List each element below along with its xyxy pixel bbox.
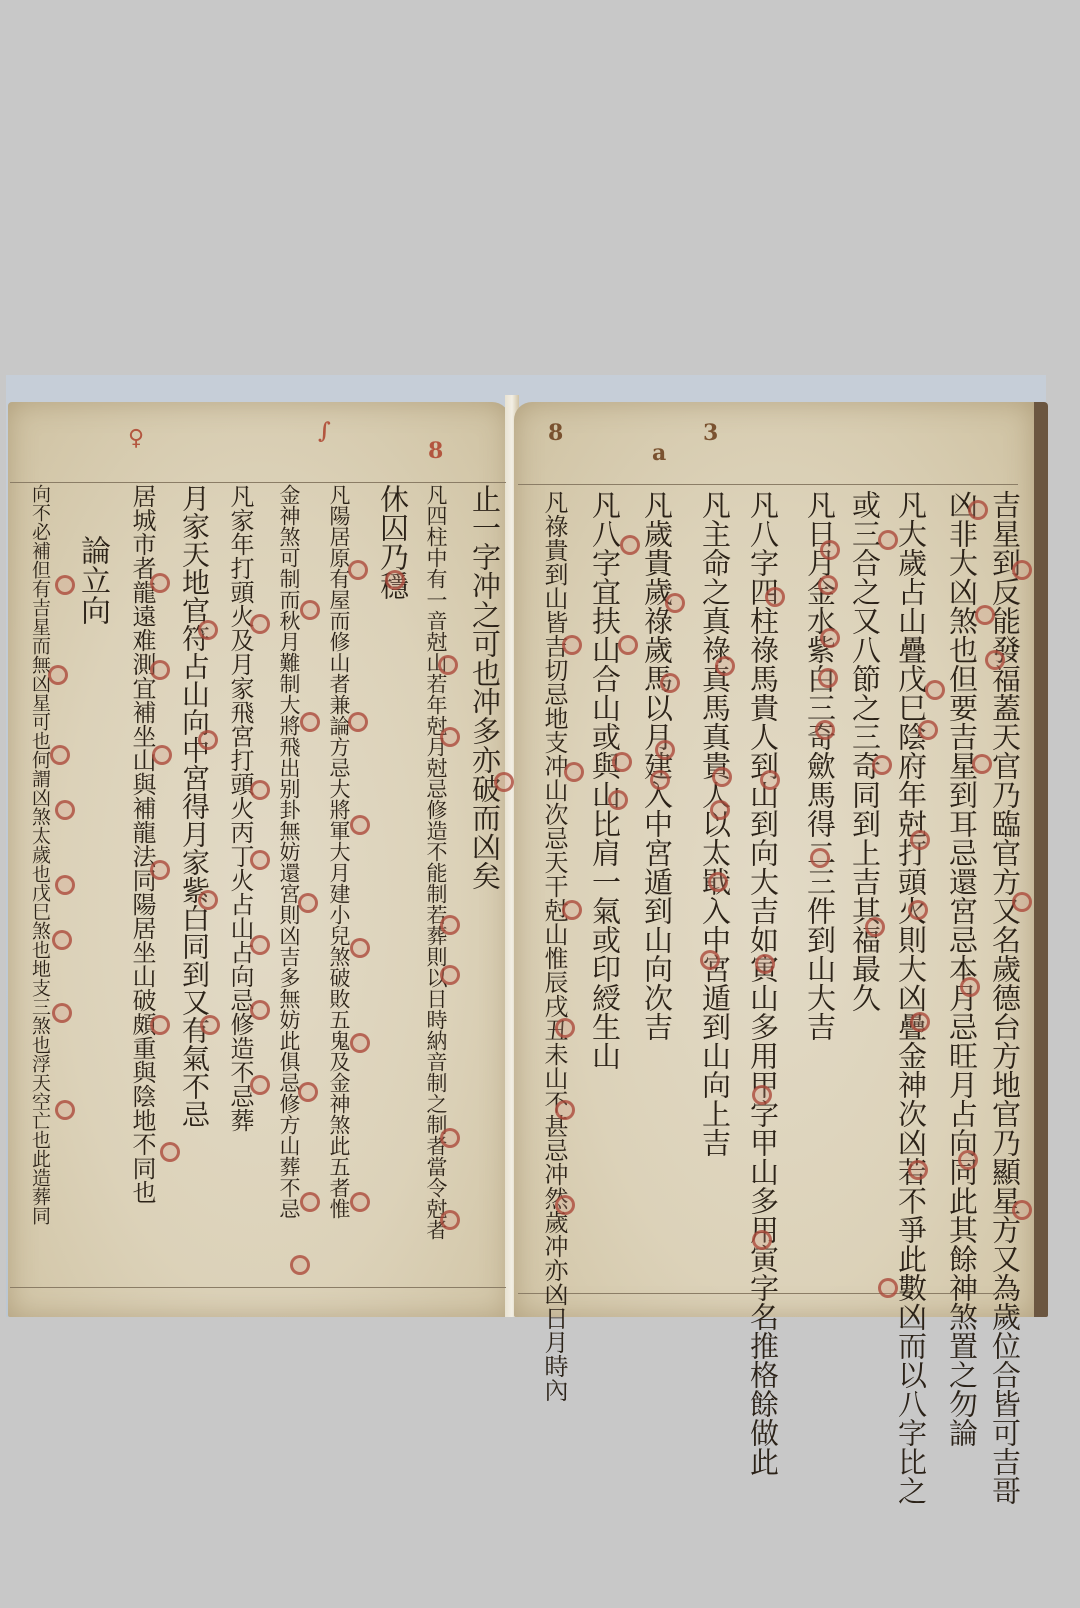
punctuation-circle (712, 767, 732, 787)
punctuation-circle (820, 540, 840, 560)
text-column: 凶非大凶煞也但要吉星到耳忌還宮忌本月忌旺月占向同此其餘神煞置之勿論 (947, 490, 976, 1447)
punctuation-circle (715, 656, 735, 676)
text-column: 居城市者龍遠难測宜補坐山與補龍法同陽居坐山破頗重與陰地不同也 (130, 484, 154, 1204)
punctuation-circle (700, 950, 720, 970)
text-column: 凡八字四柱祿馬貴人到山到向大吉如寅山多用甲字甲山多用寅字名推格餘做此 (748, 490, 777, 1476)
punctuation-circle (150, 1015, 170, 1035)
punctuation-circle (55, 875, 75, 895)
punctuation-circle (440, 727, 460, 747)
punctuation-circle (250, 614, 270, 634)
punctuation-circle (765, 587, 785, 607)
punctuation-circle (198, 730, 218, 750)
punctuation-circle (564, 762, 584, 782)
text-column: 凡日月金水紫白三奇歛馬得二三件到山大吉 (805, 490, 834, 1041)
punctuation-circle (872, 755, 892, 775)
punctuation-circle (878, 1278, 898, 1298)
punctuation-circle (250, 1000, 270, 1020)
punctuation-circle (350, 1192, 370, 1212)
punctuation-circle (908, 1160, 928, 1180)
punctuation-circle (150, 860, 170, 880)
punctuation-circle (660, 673, 680, 693)
punctuation-circle (562, 900, 582, 920)
punctuation-circle (752, 1085, 772, 1105)
punctuation-circle (55, 575, 75, 595)
punctuation-circle (908, 900, 928, 920)
punctuation-circle (555, 1018, 575, 1038)
margin-mark: 8 (428, 438, 443, 464)
right-top-rule (518, 484, 1018, 485)
punctuation-circle (48, 665, 68, 685)
punctuation-circle (348, 560, 368, 580)
punctuation-circle (612, 752, 632, 772)
punctuation-circle (910, 1012, 930, 1032)
text-column: 向不必補但有吉星而無凶星可也何謂凶煞太歲也戊巳煞也地支三煞也浮天空亡也此造葬同 (30, 484, 49, 1225)
punctuation-circle (348, 712, 368, 732)
punctuation-circle (985, 650, 1005, 670)
margin-mark: a (652, 440, 666, 466)
punctuation-circle (440, 965, 460, 985)
punctuation-circle (300, 712, 320, 732)
punctuation-circle (200, 1015, 220, 1035)
margin-mark: ♀ (128, 425, 144, 451)
punctuation-circle (55, 800, 75, 820)
punctuation-circle (1012, 1200, 1032, 1220)
punctuation-circle (555, 1195, 575, 1215)
punctuation-circle (752, 1230, 772, 1250)
punctuation-circle (198, 890, 218, 910)
section-heading: 論立向 (77, 535, 107, 625)
text-column: 凡四柱中有一音尅山若年尅月尅忌修造不能制若葬則以日時納音制之制者當令尅者 (425, 484, 446, 1240)
punctuation-circle (655, 740, 675, 760)
text-column: 金神煞可制而秋月難制大將飛出别卦無妨還宮則凶吉多無妨此俱忌修方山葬不忌 (278, 484, 299, 1219)
punctuation-circle (298, 893, 318, 913)
punctuation-circle (708, 872, 728, 892)
text-column: 凡家年打頭火及月家飛宮打頭火丙丁火占山占向忌修造不忌葬 (228, 484, 252, 1132)
punctuation-circle (1012, 560, 1032, 580)
text-column: 凡大歲占山疊戊巳陰府年尅打頭火則大凶疊金神次凶若不爭此數凶而以八字比之 (896, 490, 925, 1505)
punctuation-circle (300, 1192, 320, 1212)
punctuation-circle (755, 954, 775, 974)
punctuation-circle (665, 593, 685, 613)
punctuation-circle (50, 745, 70, 765)
punctuation-circle (810, 848, 830, 868)
punctuation-circle (438, 655, 458, 675)
text-column: 吉星到反能發福蓋天官乃臨官方又名歲德台方地官乃顯星方又為歲位合皆可吉哥 (990, 490, 1019, 1505)
punctuation-circle (350, 1033, 370, 1053)
punctuation-circle (250, 780, 270, 800)
punctuation-circle (250, 935, 270, 955)
punctuation-circle (52, 930, 72, 950)
text-column: 凡歲貴歲祿歲馬以月建入中宮遁到山向次吉 (642, 490, 671, 1041)
margin-mark: 3 (703, 420, 718, 446)
left-bottom-rule (10, 1287, 506, 1288)
punctuation-circle (52, 1003, 72, 1023)
punctuation-circle (618, 635, 638, 655)
punctuation-circle (55, 1100, 75, 1120)
punctuation-circle (925, 680, 945, 700)
punctuation-circle (650, 770, 670, 790)
punctuation-circle (818, 575, 838, 595)
punctuation-circle (290, 1255, 310, 1275)
punctuation-circle (958, 1150, 978, 1170)
punctuation-circle (250, 850, 270, 870)
punctuation-circle (910, 830, 930, 850)
punctuation-circle (878, 530, 898, 550)
punctuation-circle (620, 535, 640, 555)
punctuation-circle (385, 570, 405, 590)
punctuation-circle (562, 635, 582, 655)
text-column: 凡陽居原有屋而修山者兼論方忌大將軍大月建小兒煞破敗五鬼及金神煞此五者惟 (328, 484, 349, 1219)
punctuation-circle (152, 745, 172, 765)
punctuation-circle (494, 772, 514, 792)
punctuation-circle (815, 720, 835, 740)
punctuation-circle (710, 800, 730, 820)
margin-mark: ∫ (318, 418, 331, 444)
punctuation-circle (298, 1082, 318, 1102)
punctuation-circle (198, 620, 218, 640)
punctuation-circle (960, 977, 980, 997)
punctuation-circle (250, 1075, 270, 1095)
punctuation-circle (918, 720, 938, 740)
punctuation-circle (350, 938, 370, 958)
punctuation-circle (820, 628, 840, 648)
punctuation-circle (150, 660, 170, 680)
punctuation-circle (865, 917, 885, 937)
punctuation-circle (440, 1128, 460, 1148)
punctuation-circle (150, 573, 170, 593)
punctuation-circle (1012, 892, 1032, 912)
text-column: 凡八字宜扶山合山或與山比肩一氣或印綬生山 (590, 490, 619, 1070)
punctuation-circle (440, 915, 460, 935)
text-column: 止一字冲之可也冲多亦破而凶矣 (470, 484, 499, 890)
punctuation-circle (350, 815, 370, 835)
punctuation-circle (300, 600, 320, 620)
left-top-rule (10, 482, 506, 483)
punctuation-circle (160, 1142, 180, 1162)
punctuation-circle (440, 1210, 460, 1230)
margin-mark: 8 (548, 420, 563, 446)
punctuation-circle (972, 754, 992, 774)
text-column: 凡祿貴到山皆吉切忌地支冲山次忌天干尅山惟辰戌丑未山不甚忌冲然歲冲亦凶日月時內 (542, 490, 566, 1402)
punctuation-circle (818, 668, 838, 688)
text-column: 凡主命之真祿真馬真貴人以太戢入中宮遁到山向上吉 (700, 490, 729, 1157)
punctuation-circle (975, 605, 995, 625)
punctuation-circle (760, 770, 780, 790)
punctuation-circle (608, 790, 628, 810)
punctuation-circle (555, 1100, 575, 1120)
punctuation-circle (968, 500, 988, 520)
